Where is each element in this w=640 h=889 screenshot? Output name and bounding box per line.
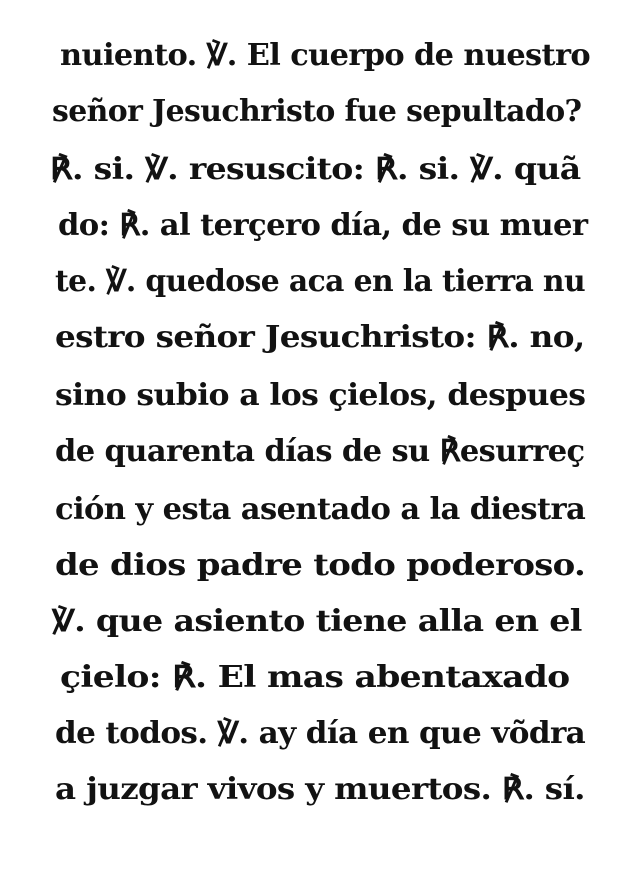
text-line-10: de dios padre todo poderoso.	[55, 546, 585, 586]
text-line-13: de todos. ℣. ay día en que võdra	[55, 714, 585, 754]
text-line-14: a juzgar vivos y muertos. ℟. sí.	[55, 770, 585, 810]
text-line-6: estro señor Jesuchristo: ℟. no,	[55, 318, 585, 358]
text-line-11: ℣. que asiento tiene alla en el	[52, 602, 582, 642]
text-line-9: ción y esta asentado a la diestra	[55, 490, 585, 530]
text-line-3: ℟. si. ℣. resuscito: ℟. si. ℣. quã	[50, 150, 580, 190]
text-line-2: señor Jesuchristo fue sepultado?	[52, 92, 581, 132]
text-line-4: do: ℟. al terçero día, de su muer	[58, 206, 587, 246]
manuscript-page: nuiento. ℣. El cuerpo de nuestro señor J…	[0, 0, 640, 889]
text-line-5: te. ℣. quedose aca en la tierra nu	[55, 262, 585, 302]
text-line-7: sino subio a los çielos, despues	[55, 376, 585, 416]
text-line-1: nuiento. ℣. El cuerpo de nuestro	[60, 36, 590, 76]
text-line-8: de quarenta días de su ℟esurreç	[55, 432, 585, 472]
text-line-12: çielo: ℟. El mas abentaxado	[60, 658, 569, 698]
